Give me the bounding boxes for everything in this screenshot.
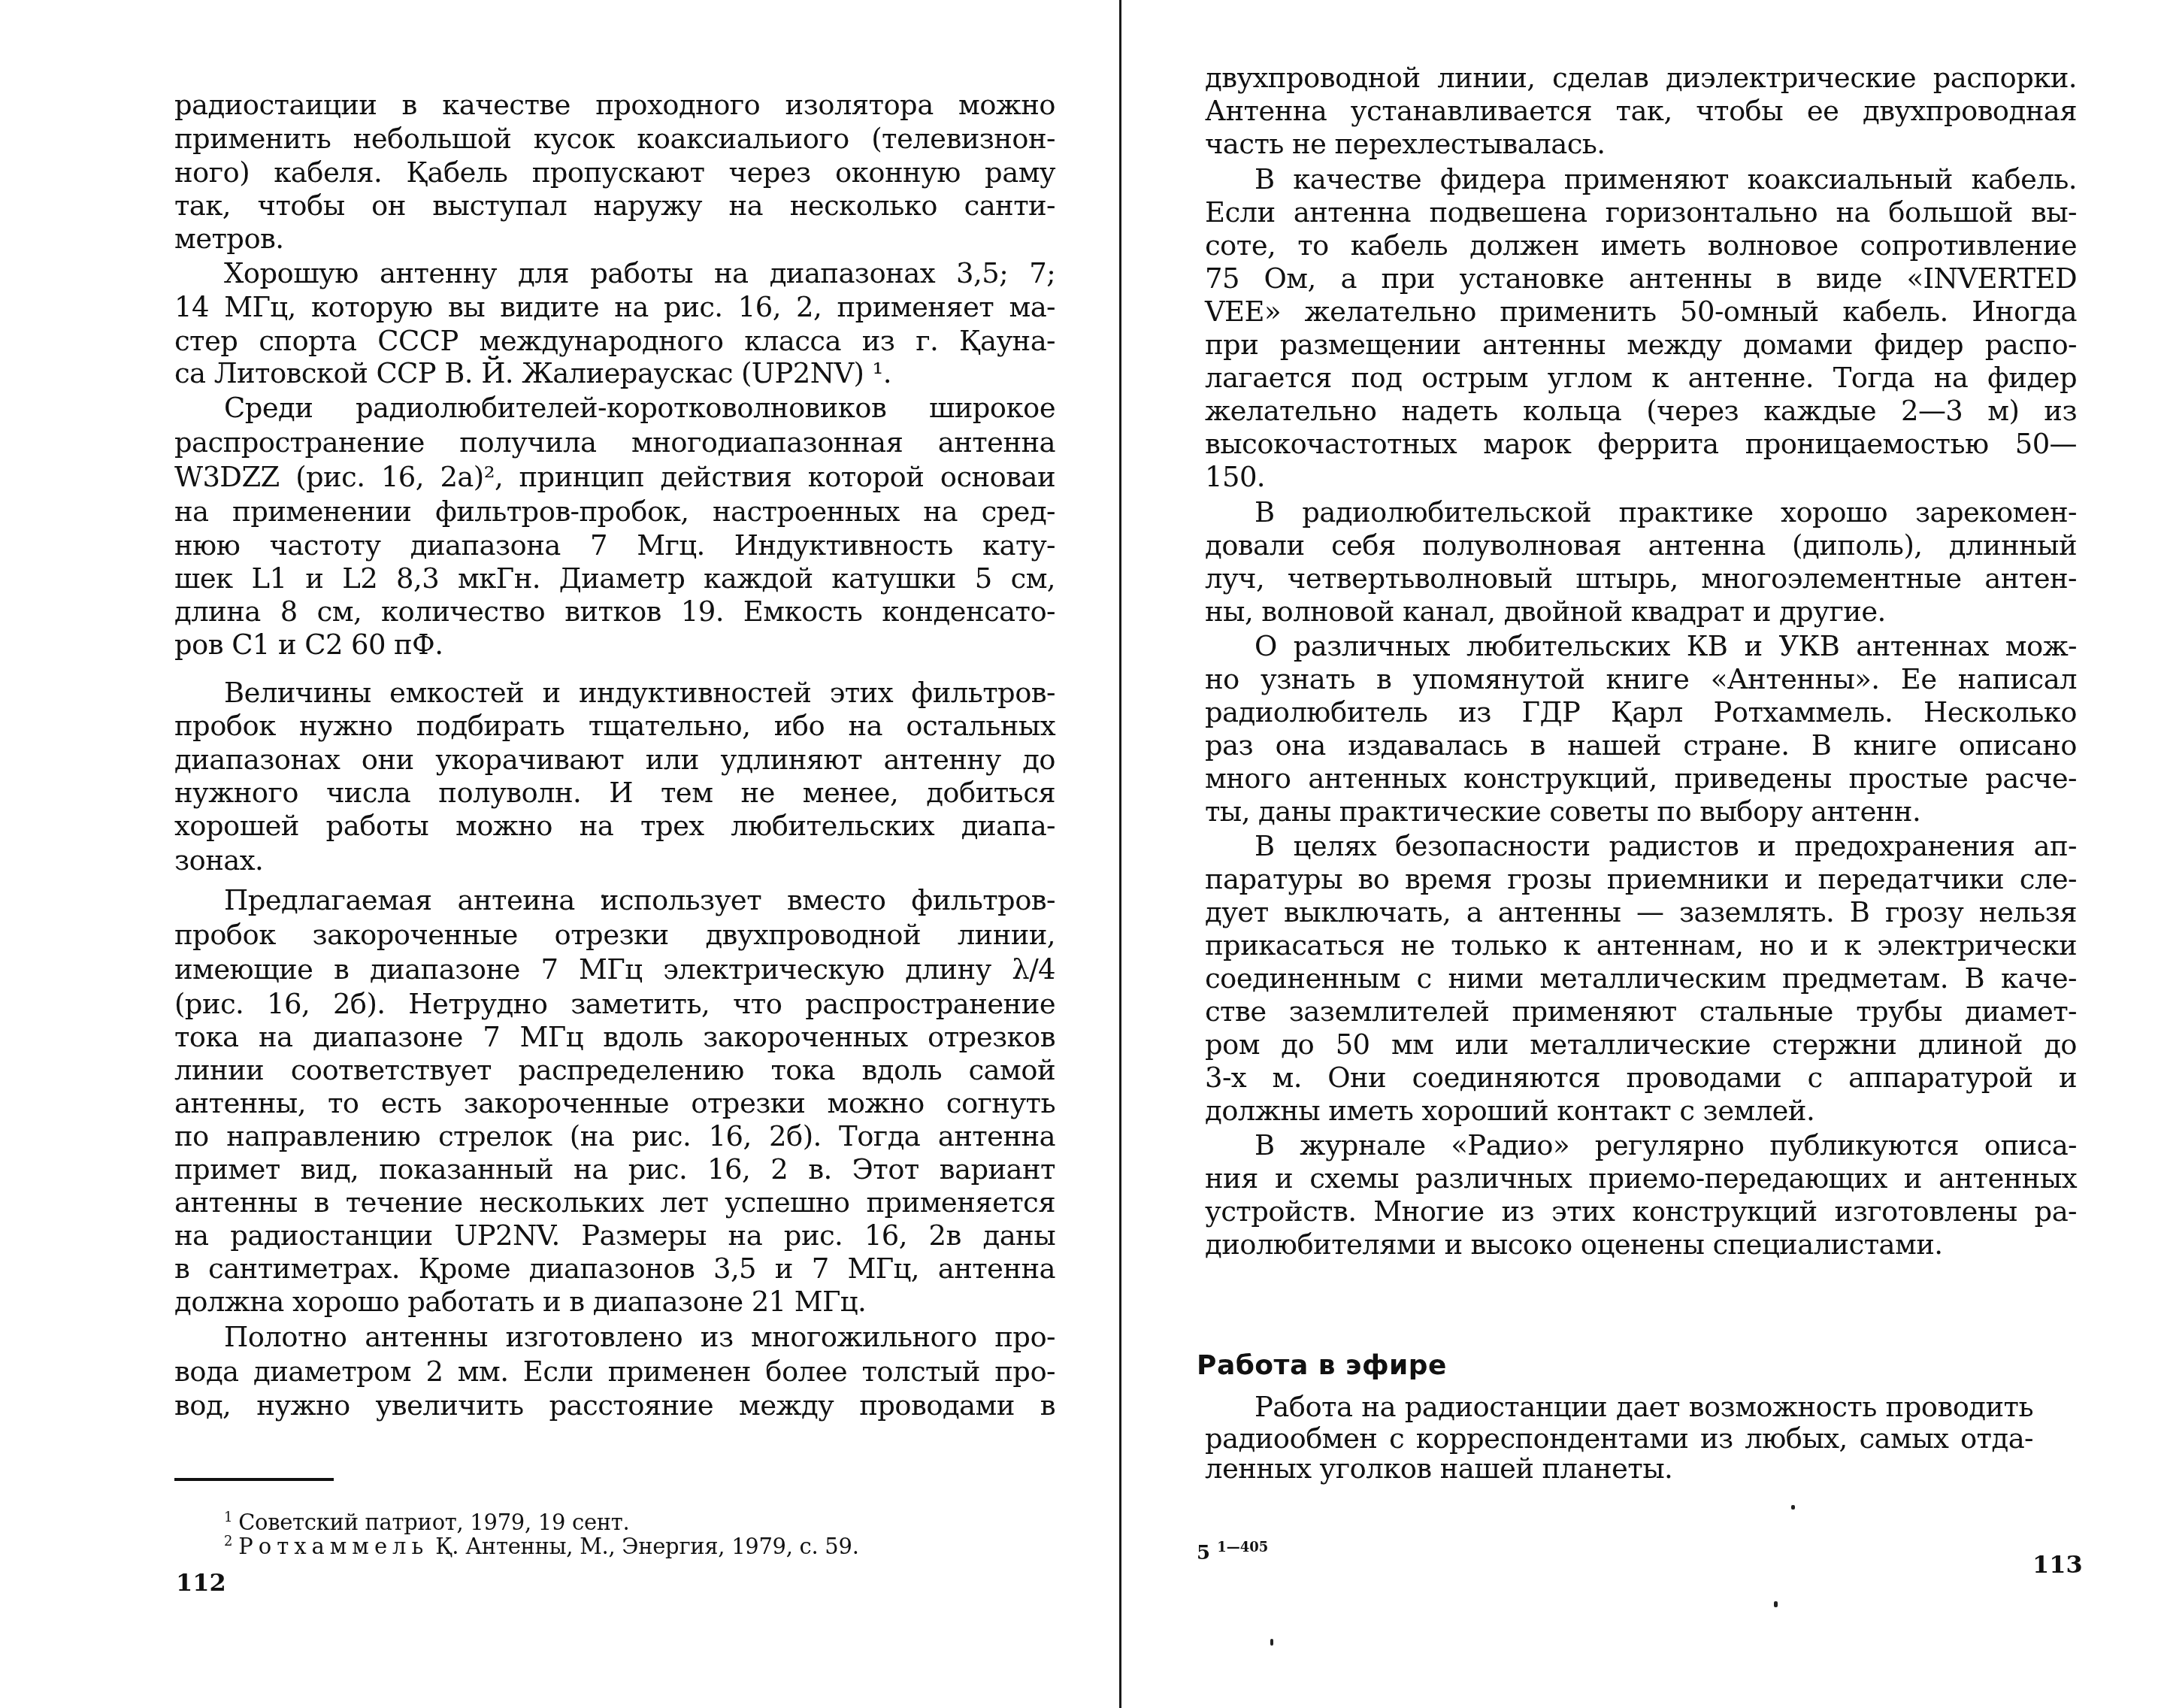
text-line: примет вид, показанный на рис. 16, 2 в. … [174,1153,1055,1186]
text-line: длина 8 см, количество витков 19. Емкост… [174,595,1055,628]
text-line: много антенных конструкций, приведены пр… [1205,762,2077,795]
text-line: 75 Ом, а при установке антенны в виде «I… [1205,262,2077,295]
text-line: двухпроводной линии, сделав диэлектричес… [1205,62,2077,95]
text-line: вод, нужно увеличить расстояние между пр… [174,1389,1055,1422]
page-number-left: 112 [176,1568,226,1597]
text-line: нюю частоту диапазона 7 Мгц. Индуктивнос… [174,529,1055,562]
text-line: зонах. [174,844,1055,877]
footnote-1-marker: 1 [224,1510,232,1525]
text-line: паратуры во время грозы приемники и пере… [1205,863,2077,896]
scan-speck [1270,1639,1273,1646]
text-line: линии соответствует распределению тока в… [174,1054,1055,1087]
right-page: двухпроводной линии, сделав диэлектричес… [1121,0,2161,1708]
text-line: В журнале «Радио» регулярно публикуются … [1255,1129,2077,1162]
text-line: Полотно антенны изготовлено из многожиль… [224,1321,1055,1354]
text-line: радиостаиции в качестве проходного изоля… [174,89,1055,122]
footnote-rule [174,1478,334,1481]
text-line: 3-х м. Они соединяются проводами с аппар… [1205,1061,2077,1095]
text-line: высокочастотных марок феррита проницаемо… [1205,428,2077,461]
text-line: желательно надеть кольца (через каждые 2… [1205,395,2077,428]
footnote-2: 2Ротхаммель Қ. Антенны, М., Энергия, 197… [224,1534,859,1559]
text-line: прикасаться не только к антеннам, но и к… [1205,929,2077,962]
text-line: но узнать в упомянутой книге «Антенны». … [1205,663,2077,696]
text-line: ны, волновой канал, двойной квадрат и др… [1205,595,2077,628]
book-spread: радиостаиции в качестве проходного изоля… [0,0,2161,1708]
text-line: Среди радиолюбителей-коротковолновиков ш… [224,392,1055,425]
text-line: Антенна устанавливается так, чтобы ее дв… [1205,95,2077,128]
text-line: луч, четвертьволновый штырь, многоэлемен… [1205,562,2077,595]
text-line: В качестве фидера применяют коаксиальный… [1255,163,2077,196]
text-line: часть не перехлестывалась. [1205,128,2077,161]
printer-signature: 5 1—405 [1197,1540,1268,1564]
text-line: Работа на радиостанции дает возможность … [1255,1391,2033,1424]
signature-code: 1—405 [1217,1540,1268,1555]
text-line: на радиостанции UP2NV. Размеры на рис. 1… [174,1219,1055,1252]
text-line: вода диаметром 2 мм. Если применен более… [174,1355,1055,1389]
text-line: в сантиметрах. Қроме диапазонов 3,5 и 7 … [174,1252,1055,1286]
text-line: антенны, то есть закороченные отрезки мо… [174,1087,1055,1120]
text-line: нужного числа полуволн. И тем не менее, … [174,777,1055,810]
text-line: шек L1 и L2 8,3 мкГн. Диаметр каждой кат… [174,562,1055,595]
section-heading: Работа в эфире [1197,1350,1447,1381]
signature-sheet: 5 [1197,1542,1210,1564]
text-line: ленных уголков нашей планеты. [1205,1452,2033,1485]
text-line: антенны в течение нескольких лет успешно… [174,1186,1055,1219]
left-page: радиостаиции в качестве проходного изоля… [0,0,1119,1708]
text-line: стве заземлителей применяют стальные тру… [1205,995,2077,1028]
text-line: Если антенна подвешена горизонтально на … [1205,196,2077,229]
text-line: W3DZZ (рис. 16, 2а)², принцип действия к… [174,461,1055,494]
text-line: раз она издавалась в нашей стране. В кни… [1205,729,2077,762]
text-line: должны иметь хороший контакт с землей. [1205,1095,2077,1128]
text-line: так, чтобы он выступал наружу на несколь… [174,189,1055,223]
text-line: пробок нужно подбирать тщательно, ибо на… [174,710,1055,743]
text-line: диапазонах они укорачивают или удлиняют … [174,743,1055,777]
text-line: дует выключать, а антенны — заземлять. В… [1205,896,2077,929]
footnote-2-marker: 2 [224,1534,232,1549]
text-line: стер спорта СССР международного класса и… [174,325,1055,358]
text-line: хорошей работы можно на трех любительски… [174,810,1055,843]
text-line: при размещении антенны между домами фиде… [1205,329,2077,362]
text-line: радиолюбитель из ГДР Қарл Ротхаммель. Не… [1205,696,2077,729]
text-line: ного) кабеля. Қабель пропускают через ок… [174,156,1055,189]
text-line: В радиолюбительской практике хорошо заре… [1255,496,2077,529]
text-line: са Литовской ССР В. Й. Жалиераускас (UP2… [174,357,1055,390]
text-line: ния и схемы различных приемо-передающих … [1205,1162,2077,1195]
text-line: метров. [174,223,1055,256]
page-number-right: 113 [2032,1550,2083,1579]
text-line: распространение получила многодиапазонна… [174,426,1055,459]
text-line: ты, даны практические советы по выбору а… [1205,795,2077,828]
text-line: Предлагаемая антеина использует вместо ф… [224,884,1055,917]
text-line: О различных любительских КВ и УКВ антенн… [1255,630,2077,663]
text-line: применить небольшой кусок коаксиальиого … [174,123,1055,156]
text-line: имеющие в диапазоне 7 МГц электрическую … [174,953,1055,986]
text-line: В целях безопасности радистов и предохра… [1255,830,2077,863]
text-line: 14 МГц, которую вы видите на рис. 16, 2,… [174,291,1055,324]
text-line: VEE» желательно применить 50-омный кабел… [1205,295,2077,329]
footnote-2-author: Ротхаммель [238,1534,428,1559]
text-line: пробок закороченные отрезки двухпроводно… [174,919,1055,952]
text-line: ров C1 и C2 60 пФ. [174,628,1055,662]
text-line: соединенным с ними металлическим предмет… [1205,962,2077,995]
scan-speck [1774,1601,1778,1607]
text-line: по направлению стрелок (на рис. 16, 2б).… [174,1120,1055,1153]
text-line: (рис. 16, 2б). Нетрудно заметить, что ра… [174,988,1055,1021]
scan-speck [601,895,604,898]
scan-speck [1791,1505,1795,1510]
text-line: лагается под острым углом к антенне. Тог… [1205,362,2077,395]
text-line: 150. [1205,461,2077,494]
text-line: тока на диапазоне 7 МГц вдоль закороченн… [174,1021,1055,1054]
text-line: Хорошую антенну для работы на диапазонах… [224,257,1055,290]
text-line: Величины емкостей и индуктивностей этих … [224,677,1055,710]
footnote-1-text: Советский патриот, 1979, 19 сент. [238,1510,629,1535]
text-line: ром до 50 мм или металлические стержни д… [1205,1028,2077,1061]
footnote-1: 1Советский патриот, 1979, 19 сент. [224,1510,630,1535]
text-line: радиообмен с корреспондентами из любых, … [1205,1422,2033,1455]
text-line: устройств. Многие из этих конструкций из… [1205,1195,2077,1228]
text-line: довали себя полуволновая антенна (диполь… [1205,529,2077,562]
footnote-2-text: Қ. Антенны, М., Энергия, 1979, с. 59. [428,1534,858,1559]
text-line: диолюбителями и высоко оценены специалис… [1205,1228,2077,1261]
text-line: должна хорошо работать и в диапазоне 21 … [174,1286,1055,1319]
text-line: соте, то кабель должен иметь волновое со… [1205,229,2077,262]
text-line: на применении фильтров-пробок, настроенн… [174,495,1055,528]
